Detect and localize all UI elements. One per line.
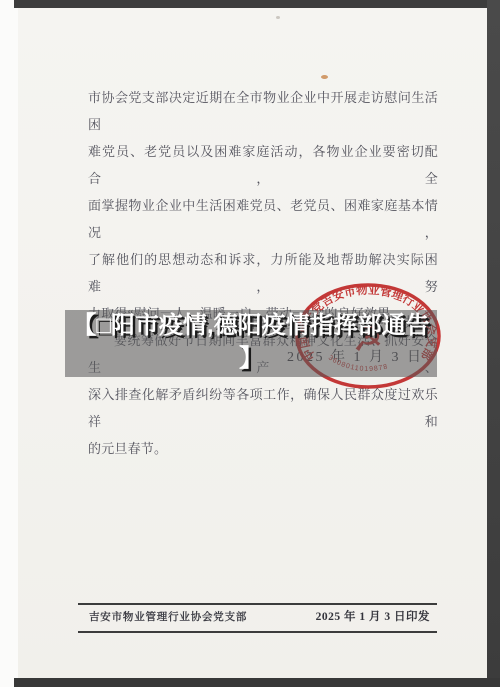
footer-rule-bottom	[78, 631, 437, 633]
paper-speck	[321, 75, 328, 79]
paper-speck	[276, 16, 280, 19]
caption-line-2: 】	[65, 342, 437, 375]
scan-edge-bottom	[14, 678, 500, 687]
footer-issuer: 吉安市物业管理行业协会党支部	[89, 609, 247, 624]
caption-overlay-title: 【□阳市疫情,德阳疫情指挥部通告 】	[65, 309, 437, 375]
scan-edge-right	[487, 0, 500, 687]
body-text-line: 面掌握物业企业中生活困难党员、老党员、困难家庭基本情况，	[88, 192, 438, 246]
scanned-document-page: 市协会党支部决定近期在全市物业企业中开展走访慰问生活困难党员、老党员以及困难家庭…	[0, 0, 500, 687]
body-text-line: 难党员、老党员以及困难家庭活动，各物业企业要密切配合，全	[88, 138, 438, 192]
scan-edge-top	[14, 0, 500, 8]
caption-line-1: 【□阳市疫情,德阳疫情指挥部通告	[65, 309, 437, 342]
footer-rule-top	[78, 603, 437, 605]
scan-edge-left	[0, 0, 18, 687]
body-text-line: 市协会党支部决定近期在全市物业企业中开展走访慰问生活困	[88, 84, 438, 138]
footer-print-date: 2025 年 1 月 3 日印发	[316, 608, 430, 624]
body-text: 市协会党支部决定近期在全市物业企业中开展走访慰问生活困难党员、老党员以及困难家庭…	[88, 84, 438, 462]
body-text-line: 的元旦春节。	[88, 435, 438, 462]
